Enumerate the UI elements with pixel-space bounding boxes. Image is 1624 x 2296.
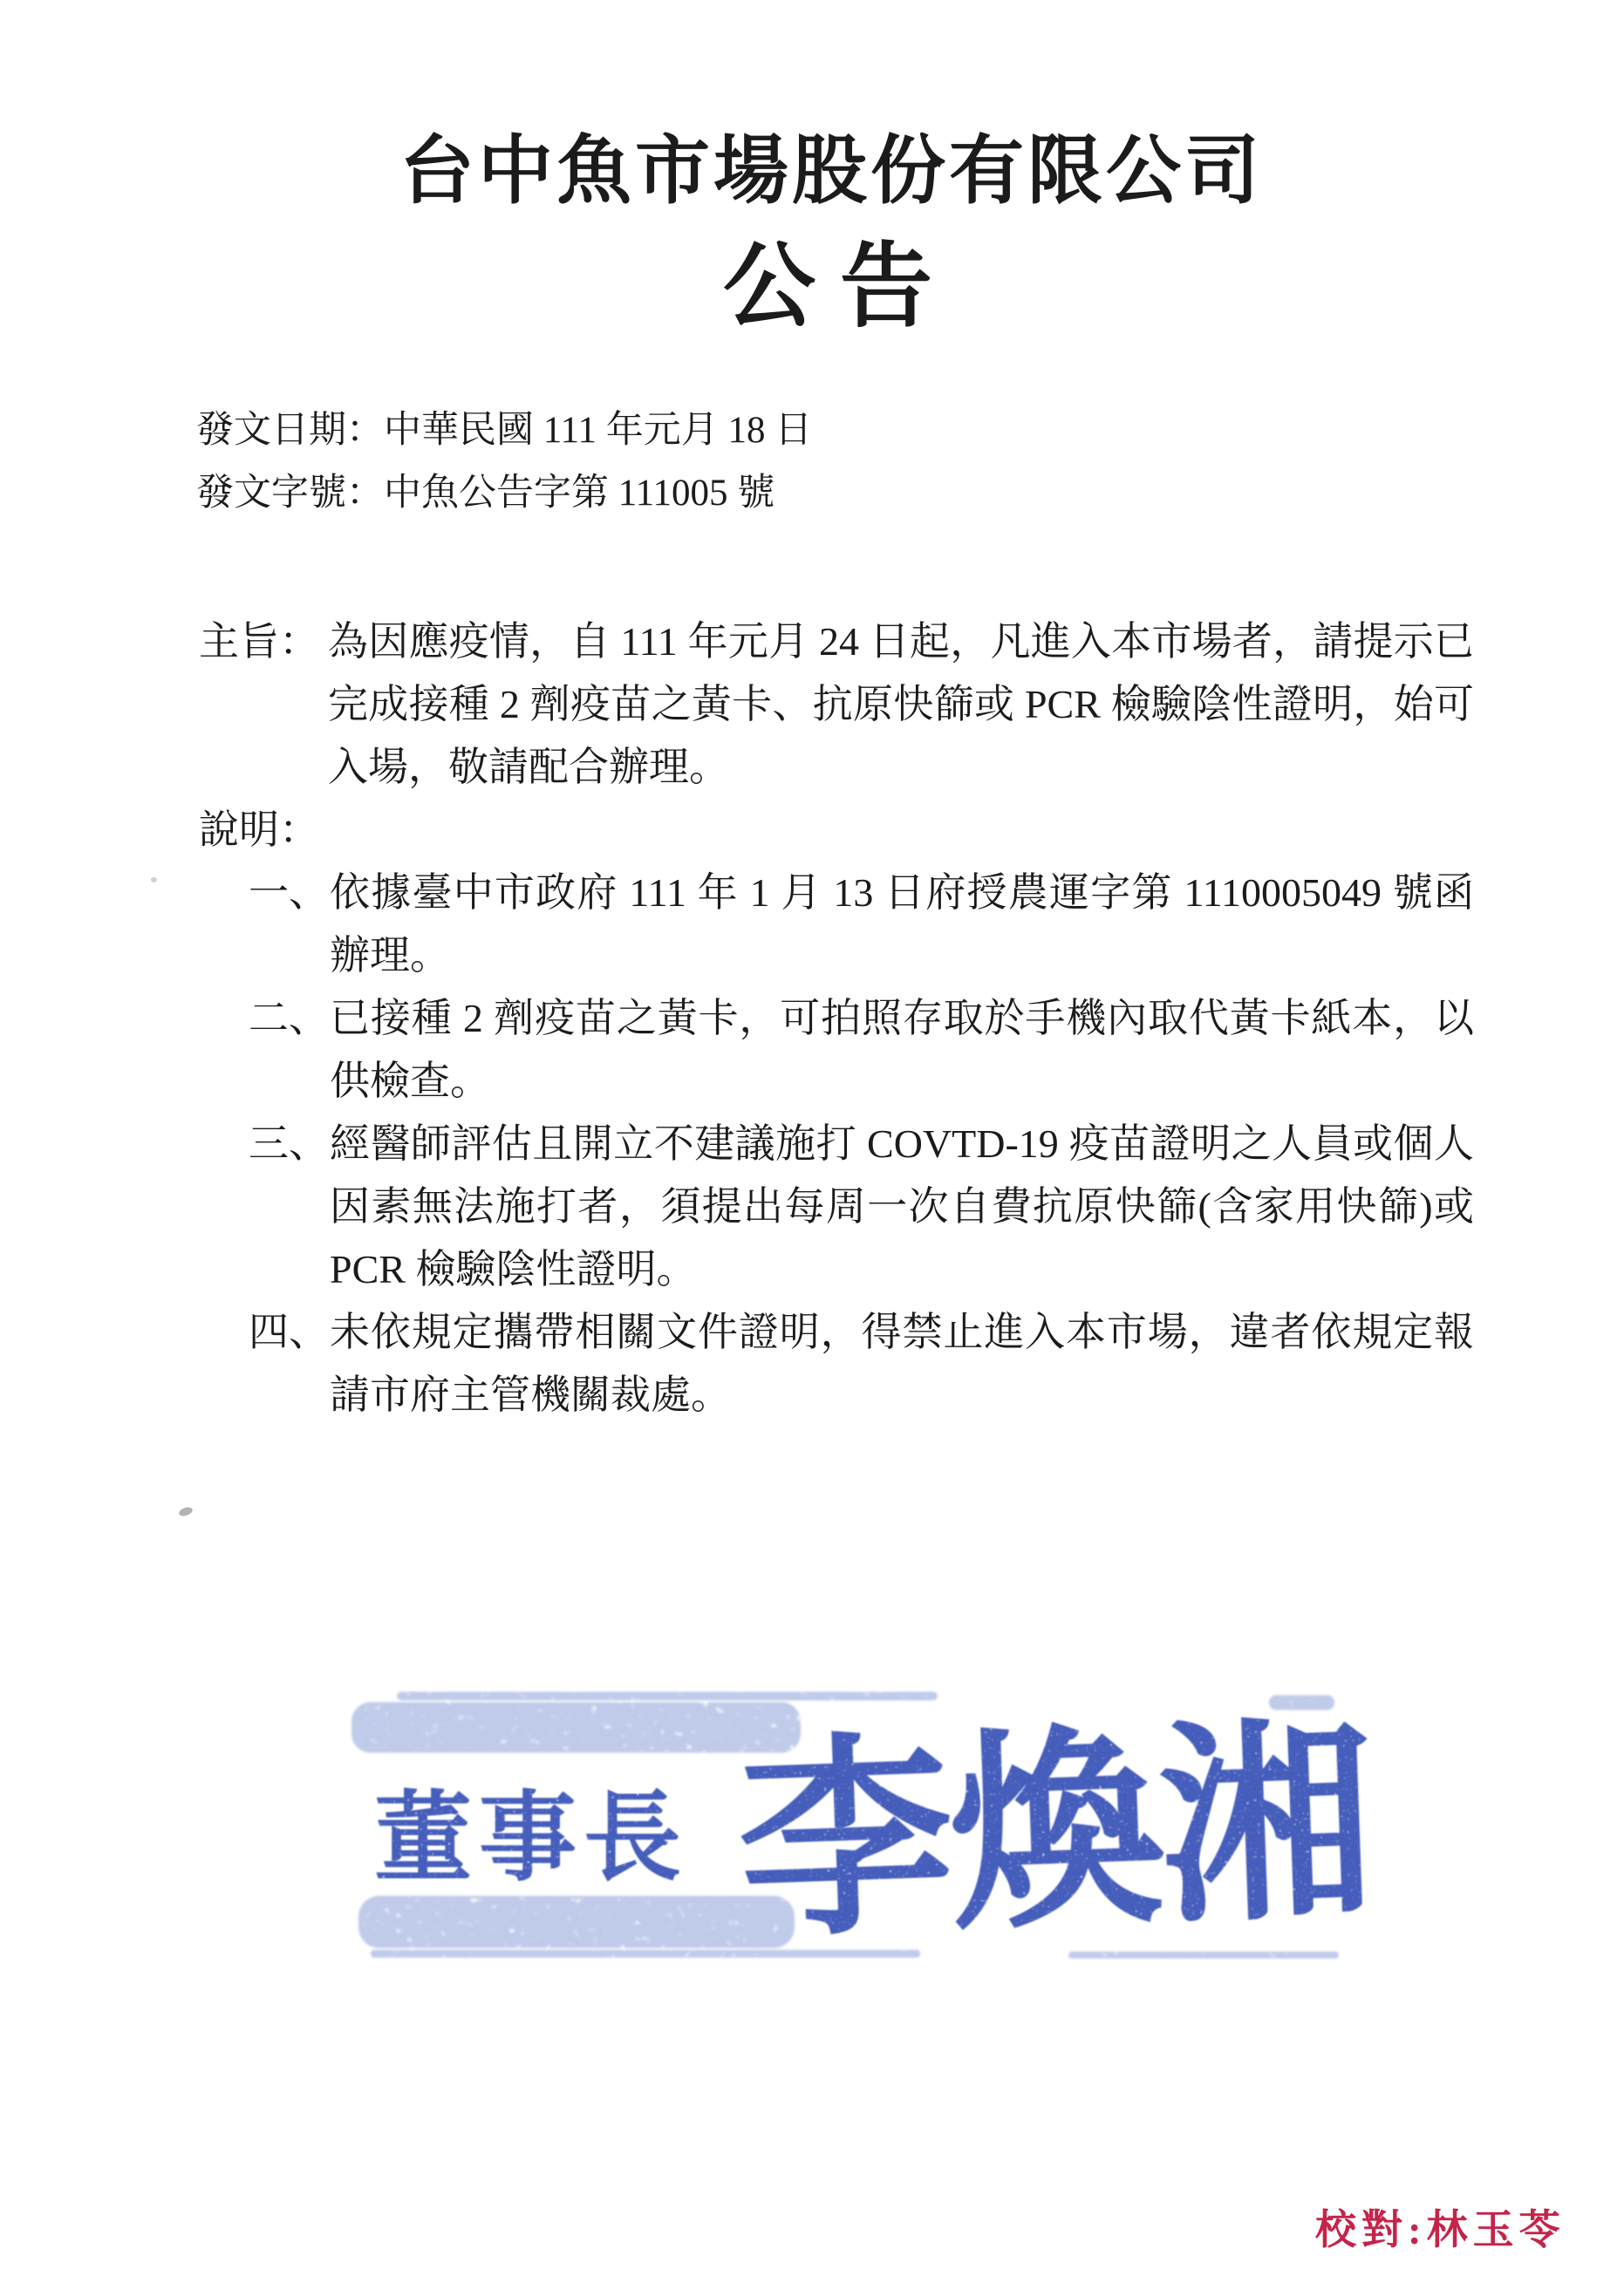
item-number: 二、 xyxy=(249,987,329,1050)
stamp-name: 李煥湘 xyxy=(735,1705,1374,1963)
chairman-signature-stamp: 董事長 李煥湘 xyxy=(345,1690,1374,1965)
stamp-title: 董事長 xyxy=(374,1785,688,1893)
item-text: 依據臺中市政府 111 年 1 月 13 日府授農運字第 1110005049 … xyxy=(330,870,1474,978)
item-text: 已接種 2 劑疫苗之黃卡，可拍照存取於手機內取代黃卡紙本，以供檢查。 xyxy=(330,996,1474,1103)
company-name: 台中魚市場股份有限公司 xyxy=(19,110,1624,218)
announcement-document: 台中魚市場股份有限公司 公告 發文日期：中華民國 111 年元月 18 日 發文… xyxy=(0,0,1624,2296)
item-text: 經醫師評估且開立不建議施打 COVTD-19 疫苗證明之人員或個人因素無法施打者… xyxy=(330,1121,1474,1291)
document-meta: 發文日期：中華民國 111 年元月 18 日 發文字號：中魚公告字第 11100… xyxy=(196,399,812,525)
explanation-item-2: 二、 已接種 2 劑疫苗之黃卡，可拍照存取於手機內取代黃卡紙本，以供檢查。 xyxy=(199,987,1474,1113)
item-text: 未依規定攜帶相關文件證明，得禁止進入本市場，違者依規定報請市府主管機關裁處。 xyxy=(330,1310,1474,1417)
item-number: 三、 xyxy=(249,1113,329,1175)
issue-date-line: 發文日期：中華民國 111 年元月 18 日 xyxy=(196,399,812,462)
document-type-heading: 公告 xyxy=(28,213,1624,345)
subject-label: 主旨： xyxy=(199,610,319,673)
item-number: 一、 xyxy=(249,862,329,924)
explanation-item-3: 三、 經醫師評估且開立不建議施打 COVTD-19 疫苗證明之人員或個人因素無法… xyxy=(199,1113,1474,1301)
item-number: 四、 xyxy=(249,1301,329,1364)
doc-number-line: 發文字號：中魚公告字第 111005 號 xyxy=(196,462,812,525)
subject-paragraph: 主旨： 為因應疫情，自 111 年元月 24 日起，凡進入本市場者，請提示已完成… xyxy=(199,610,1474,799)
document-body: 主旨： 為因應疫情，自 111 年元月 24 日起，凡進入本市場者，請提示已完成… xyxy=(199,610,1474,1427)
explanation-item-1: 一、 依據臺中市政府 111 年 1 月 13 日府授農運字第 11100050… xyxy=(199,862,1474,987)
proofreader-stamp: 校對:林玉苓 xyxy=(1315,2197,1566,2256)
scan-speck xyxy=(151,877,157,882)
explanation-item-4: 四、 未依規定攜帶相關文件證明，得禁止進入本市場，違者依規定報請市府主管機關裁處… xyxy=(199,1301,1474,1427)
subject-text: 為因應疫情，自 111 年元月 24 日起，凡進入本市場者，請提示已完成接種 2… xyxy=(328,619,1474,789)
explanation-label: 說明： xyxy=(199,799,1474,862)
scan-speck xyxy=(178,1506,194,1518)
